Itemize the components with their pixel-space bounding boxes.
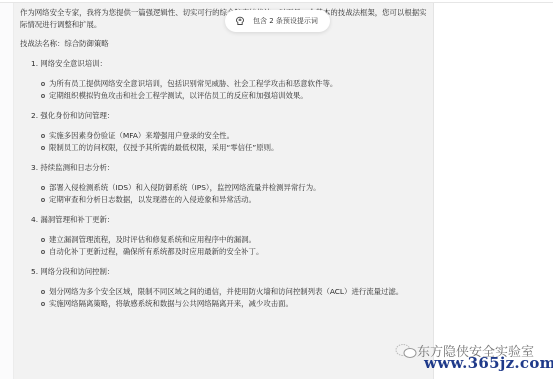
bullet-item: 部署入侵检测系统（IDS）和入侵防御系统（IPS），监控网络流量并检测异常行为。	[20, 182, 419, 194]
bullet-text: 自动化补丁更新过程，确保所有系统都及时应用最新的安全补丁。	[49, 247, 263, 256]
bullet-dot-icon	[41, 82, 45, 86]
bullet-text: 限制员工的访问权限，仅授予其所需的最低权限，采用“零信任”原则。	[49, 143, 278, 152]
section-title: 5. 网络分段和访问控制：	[20, 266, 433, 278]
watermark-url: www.365jz.com	[424, 354, 553, 372]
bullet-dot-icon	[41, 238, 45, 242]
assistant-message: 作为网络安全专家，我将为您提供一篇强逻辑性、切实可行的综合防守技战法。以下是一个…	[14, 3, 434, 379]
section-item: 5. 网络分段和访问控制： 划分网络为多个安全区域，限制不同区域之间的通信，并使…	[20, 266, 433, 310]
wechat-icon	[394, 342, 418, 360]
bullet-dot-icon	[41, 146, 45, 150]
brain-icon	[235, 16, 245, 26]
section-item: 2. 强化身份和访问管理： 实施多因素身份验证（MFA）来增强用户登录的安全性。…	[20, 110, 433, 154]
bullet-item: 限制员工的访问权限，仅授予其所需的最低权限，采用“零信任”原则。	[20, 142, 419, 154]
preset-prompts-badge[interactable]: 包含 2 条预设提示词	[225, 10, 330, 32]
bullet-dot-icon	[41, 250, 45, 254]
section-item: 3. 持续监测和日志分析： 部署入侵检测系统（IDS）和入侵防御系统（IPS），…	[20, 162, 433, 206]
bullet-dot-icon	[41, 198, 45, 202]
bullet-list: 部署入侵检测系统（IDS）和入侵防御系统（IPS），监控网络流量并检测异常行为。…	[20, 182, 433, 206]
bullet-text: 定期审查和分析日志数据，以发现潜在的入侵迹象和异常活动。	[49, 195, 256, 204]
section-item: 1. 网络安全意识培训： 为所有员工提供网络安全意识培训，包括识别常见威胁、社会…	[20, 58, 433, 102]
bullet-text: 实施网络隔离策略，将敏感系统和数据与公共网络隔离开来，减少攻击面。	[49, 299, 293, 308]
bullet-dot-icon	[41, 94, 45, 98]
section-item: 4. 漏洞管理和补丁更新： 建立漏洞管理流程，及时评估和修复系统和应用程序中的漏…	[20, 214, 433, 258]
bullet-item: 定期组织模拟钓鱼攻击和社会工程学测试，以评估员工的反应和加强培训效果。	[20, 90, 419, 102]
watermark: 东方隐侠安全实验室 www.365jz.com	[394, 339, 553, 379]
bullet-item: 为所有员工提供网络安全意识培训，包括识别常见威胁、社会工程学攻击和恶意软件等。	[20, 78, 419, 90]
bullet-text: 实施多因素身份验证（MFA）来增强用户登录的安全性。	[49, 131, 234, 140]
section-title: 3. 持续监测和日志分析：	[20, 162, 433, 174]
bullet-dot-icon	[41, 134, 45, 138]
bullet-list: 划分网络为多个安全区域，限制不同区域之间的通信，并使用防火墙和访问控制列表（AC…	[20, 286, 433, 310]
bullet-text: 为所有员工提供网络安全意识培训，包括识别常见威胁、社会工程学攻击和恶意软件等。	[49, 79, 337, 88]
bullet-list: 建立漏洞管理流程，及时评估和修复系统和应用程序中的漏洞。 自动化补丁更新过程，确…	[20, 234, 433, 258]
bullet-text: 部署入侵检测系统（IDS）和入侵防御系统（IPS），监控网络流量并检测异常行为。	[49, 183, 320, 192]
section-title: 2. 强化身份和访问管理：	[20, 110, 433, 122]
bullet-text: 建立漏洞管理流程，及时评估和修复系统和应用程序中的漏洞。	[49, 235, 256, 244]
section-title: 4. 漏洞管理和补丁更新：	[20, 214, 433, 226]
bullet-item: 划分网络为多个安全区域，限制不同区域之间的通信，并使用防火墙和访问控制列表（AC…	[20, 286, 419, 298]
bullet-item: 定期审查和分析日志数据，以发现潜在的入侵迹象和异常活动。	[20, 194, 419, 206]
left-sidebar-strip	[0, 3, 14, 379]
bullet-dot-icon	[41, 290, 45, 294]
bullet-dot-icon	[41, 186, 45, 190]
bullet-list: 为所有员工提供网络安全意识培训，包括识别常见威胁、社会工程学攻击和恶意软件等。 …	[20, 78, 433, 102]
bullet-text: 定期组织模拟钓鱼攻击和社会工程学测试，以评估员工的反应和加强培训效果。	[49, 91, 308, 100]
bullet-item: 实施多因素身份验证（MFA）来增强用户登录的安全性。	[20, 130, 419, 142]
strategy-name: 技战法名称：综合防御策略	[20, 38, 433, 50]
bullet-item: 自动化补丁更新过程，确保所有系统都及时应用最新的安全补丁。	[20, 246, 419, 258]
bullet-text: 划分网络为多个安全区域，限制不同区域之间的通信，并使用防火墙和访问控制列表（AC…	[49, 287, 403, 296]
bullet-dot-icon	[41, 302, 45, 306]
bullet-item: 建立漏洞管理流程，及时评估和修复系统和应用程序中的漏洞。	[20, 234, 419, 246]
bullet-item: 实施网络隔离策略，将敏感系统和数据与公共网络隔离开来，减少攻击面。	[20, 298, 419, 310]
section-title: 1. 网络安全意识培训：	[20, 58, 433, 70]
section-list: 1. 网络安全意识培训： 为所有员工提供网络安全意识培训，包括识别常见威胁、社会…	[20, 58, 433, 310]
preset-prompts-label: 包含 2 条预设提示词	[253, 16, 318, 26]
bullet-list: 实施多因素身份验证（MFA）来增强用户登录的安全性。 限制员工的访问权限，仅授予…	[20, 130, 433, 154]
